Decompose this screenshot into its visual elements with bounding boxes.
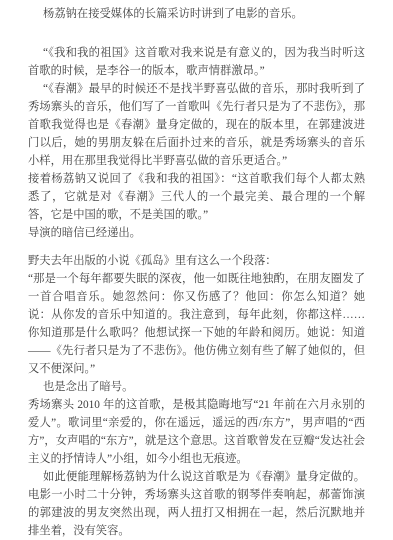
section-1: 杨荔钠在接受媒体的长篇采访时讲到了电影的音乐。 xyxy=(28,5,365,23)
paragraph: 接着杨荔钠又说回了《我和我的祖国》：“这首歌我们每个人都太熟悉了，它就是对《春潮… xyxy=(28,170,365,224)
paragraph: 导演的暗信已经递出。 xyxy=(28,224,365,242)
article-body: 杨荔钠在接受媒体的长篇采访时讲到了电影的音乐。“《我和我的祖国》这首歌对我来说是… xyxy=(0,0,393,540)
article-page: { "page": { "background_color": "#ffffff… xyxy=(0,0,393,540)
paragraph: “那是一个每年都要失眠的深夜，他一如既往地独酌，在朋友圈发了一首合唱音乐。她忽然… xyxy=(28,270,365,378)
paragraph: 野夫去年出版的小说《孤岛》里有这么一个段落： xyxy=(28,252,365,270)
paragraph: 也是念出了暗号。 xyxy=(28,378,365,396)
section-2: “《我和我的祖国》这首歌对我来说是有意义的，因为我当时听这首歌的时候，是李谷一的… xyxy=(28,44,365,242)
section-3: 野夫去年出版的小说《孤岛》里有这么一个段落：“那是一个每年都要失眠的深夜，他一如… xyxy=(28,252,365,540)
paragraph: “《我和我的祖国》这首歌对我来说是有意义的，因为我当时听这首歌的时候，是李谷一的… xyxy=(28,44,365,80)
paragraph: 如此便能理解杨荔钠为什么说这首歌是为《春潮》量身定做的。电影一小时二十分钟，秀场… xyxy=(28,468,365,540)
paragraph: 秀场寨头 2010 年的这首歌，是极其隐晦地写“21 年前在六月永别的爱人”。歌… xyxy=(28,396,365,468)
paragraph: 杨荔钠在接受媒体的长篇采访时讲到了电影的音乐。 xyxy=(28,5,365,23)
paragraph: “《春潮》最早的时候还不是找半野喜弘做的音乐，那时我听到了秀场寨头的音乐，他们写… xyxy=(28,80,365,170)
